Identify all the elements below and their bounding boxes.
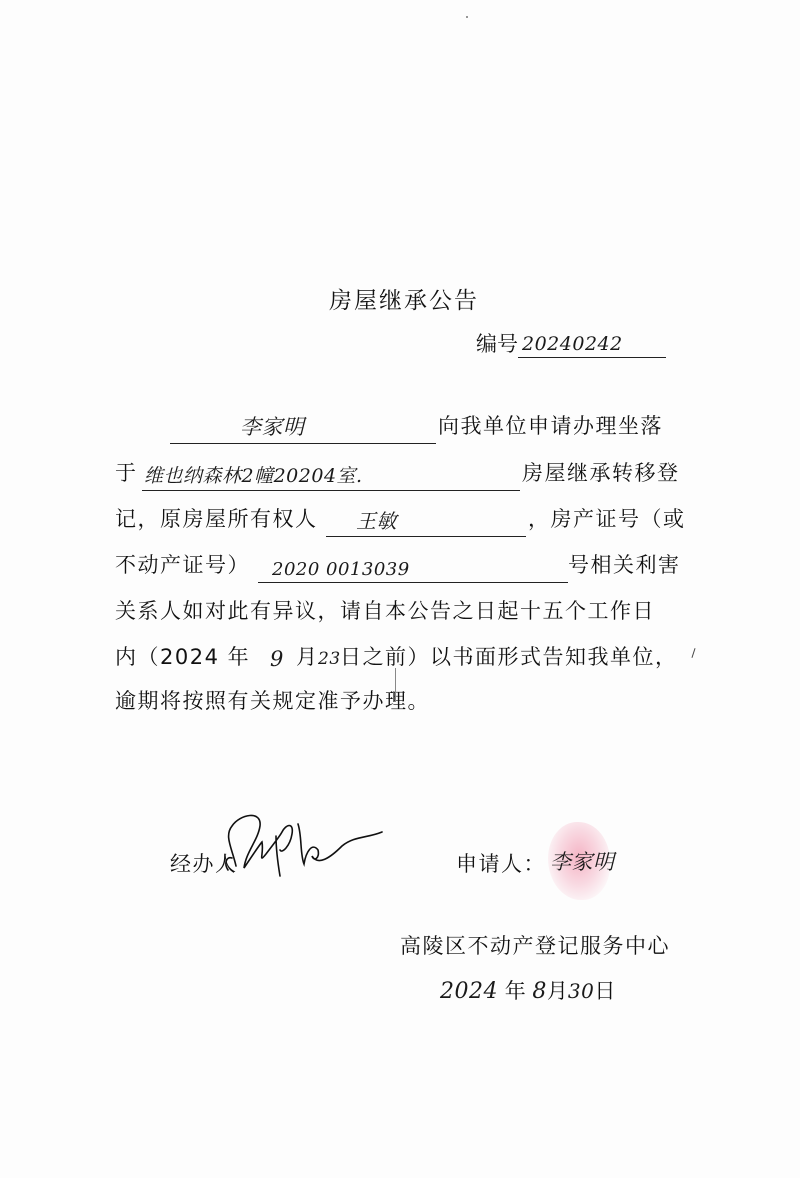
line6-text: 日之前）以书面形式告知我单位， [340, 641, 678, 671]
deadline-day-handwritten: 23 [318, 649, 341, 669]
applicant-label: 申请人： [456, 848, 546, 878]
applicant-name-handwritten: 李家明 [240, 411, 305, 441]
date-month-handwritten: 8 [532, 979, 547, 1004]
serial-blank: 20240242 [518, 331, 666, 358]
line6-prefix: 内（2024 年 [115, 641, 250, 671]
line3-prefix: 记，原房屋所有权人 [115, 503, 318, 533]
line6-month-label: 月 [296, 641, 319, 671]
body-line-1: 李家明 向我单位申请办理坐落 [112, 404, 692, 448]
scan-mark [691, 648, 695, 658]
serial-value: 20240242 [522, 333, 623, 355]
date-year-handwritten: 2024 [440, 979, 498, 1004]
line4-text: 号相关利害 [568, 549, 681, 579]
date-day-handwritten: 30 [568, 979, 594, 1003]
line4-prefix: 不动产证号） [115, 549, 250, 579]
original-owner-blank: 王敏 [326, 506, 526, 537]
handler-signature [222, 806, 392, 880]
issue-date: 2024 年 8月30日 [440, 975, 615, 1005]
line7-text: 逾期将按照有关规定准予办理。 [115, 685, 430, 715]
address-blank: 维也纳森林2幢20204室. [142, 460, 520, 491]
certificate-number-handwritten: 2020 0013039 [272, 559, 410, 580]
address-handwritten: 维也纳森林2幢20204室. [144, 461, 363, 488]
original-owner-handwritten: 王敏 [356, 505, 397, 534]
body-line-6: 内（2024 年 9 月 23 日之前）以书面形式告知我单位， [112, 635, 692, 679]
body-line-5: 关系人如对此有异议，请自本公告之日起十五个工作日 [112, 589, 692, 633]
applicant-signature: 李家明 [550, 846, 615, 876]
handler-signature-icon [222, 806, 392, 880]
office-name: 高陵区不动产登记服务中心 [400, 930, 670, 960]
body-line-3: 记，原房屋所有权人 王敏 ，房产证号（或 [112, 497, 692, 541]
certificate-blank: 2020 0013039 [258, 552, 568, 583]
notice-page: 房屋继承公告 编号20240242 李家明 向我单位申请办理坐落 于 维也纳森林… [0, 0, 800, 1178]
deadline-month-handwritten: 9 [270, 647, 284, 671]
serial-label: 编号 [476, 332, 518, 356]
date-month-label: 月 [547, 979, 568, 1003]
scan-speck [466, 16, 468, 18]
serial-number: 编号20240242 [476, 328, 666, 358]
document-title: 房屋继承公告 [0, 282, 800, 315]
line3-text: ，房产证号（或 [528, 503, 686, 533]
date-year-label: 年 [505, 979, 526, 1003]
line1-text: 向我单位申请办理坐落 [438, 410, 663, 440]
date-day-label: 日 [594, 979, 615, 1003]
applicant-blank: 李家明 [170, 413, 436, 444]
line5-text: 关系人如对此有异议，请自本公告之日起十五个工作日 [115, 595, 655, 625]
body-line-2: 于 维也纳森林2幢20204室. 房屋继承转移登 [112, 451, 692, 495]
body-line-7: 逾期将按照有关规定准予办理。 [112, 679, 692, 723]
line2-text: 房屋继承转移登 [522, 457, 680, 487]
body-line-4: 不动产证号） 2020 0013039 号相关利害 [112, 543, 692, 587]
scan-mark [395, 668, 396, 702]
line2-prefix: 于 [115, 457, 138, 487]
